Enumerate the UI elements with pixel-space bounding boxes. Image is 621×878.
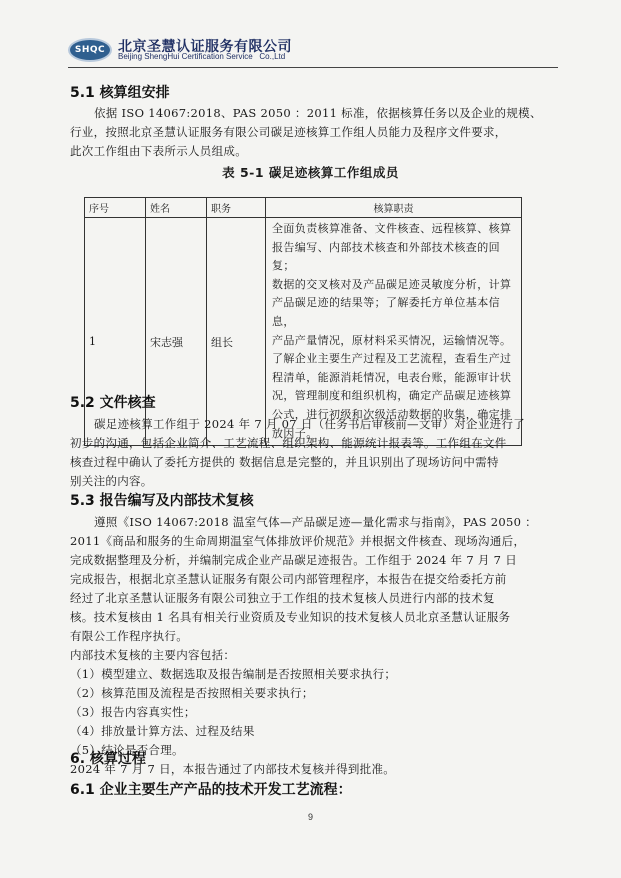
cell-role: 组长 (207, 218, 266, 446)
table-header-row: 序号 姓名 职务 核算职责 (85, 198, 522, 218)
paragraph-line: 完成报告，根据北京圣慧认证服务有限公司内部管理程序，本报告在提交给委托方前 (70, 570, 560, 589)
cell-duty: 全面负责核算准备、文件核查、远程核算、核算 报告编写、内部技术核查和外部技术核查… (266, 218, 522, 446)
header-divider (68, 67, 558, 68)
duty-line: 产品产量情况，原材料采买情况，运输情况等。 (272, 332, 517, 351)
list-item: （3）报告内容真实性； (70, 703, 560, 722)
company-name-en: Beijing ShengHui Certification Service C… (118, 52, 285, 61)
paragraph-line: 依据 ISO 14067:2018、PAS 2050 ：2011 标准，依据核算… (70, 104, 560, 123)
paragraph-line: 行业，按照北京圣慧认证服务有限公司碳足迹核算工作组人员能力及程序文件要求， (70, 123, 560, 142)
paragraph-line: 2011《商品和服务的生命周期温室气体排放评价规范》并根据文件核查、现场沟通后， (70, 532, 560, 551)
paragraph-line: 此次工作组由下表所示人员组成。 (70, 142, 560, 161)
paragraph-line: 遵照《ISO 14067:2018 温室气体—产品碳足迹—量化需求与指南》，PA… (70, 513, 560, 532)
list-item: （4）排放量计算方法、过程及结果 (70, 722, 560, 741)
duty-line: 报告编写、内部技术核查和外部技术核查的回复； (272, 239, 517, 276)
paragraph-line: 有限公工作程序执行。 (70, 627, 560, 646)
column-header-duty: 核算职责 (266, 198, 522, 218)
duty-line: 数据的交叉核对及产品碳足迹灵敏度分析，计算 (272, 276, 517, 295)
column-header-no: 序号 (85, 198, 146, 218)
section-5-2-title: 5.2 文件核查 (70, 392, 156, 412)
duty-line: 况，管理制度和组织机构，确定产品碳足迹核算 (272, 387, 517, 406)
list-item: （2）核算范围及流程是否按照相关要求执行； (70, 684, 560, 703)
list-intro: 内部技术复核的主要内容包括： (70, 646, 560, 665)
section-5-1-title: 5.1 核算组安排 (70, 82, 170, 102)
duty-line: 产品碳足迹的结果等；了解委托方单位基本信息， (272, 294, 517, 331)
section-5-3-title: 5.3 报告编写及内部技术复核 (70, 490, 254, 510)
section-6-1-title: 6.1 企业主要生产产品的技术开发工艺流程： (70, 779, 352, 799)
column-header-name: 姓名 (146, 198, 207, 218)
paragraph-line: 别关注的内容。 (70, 472, 560, 491)
column-header-role: 职务 (207, 198, 266, 218)
paragraph-line: 经过了北京圣慧认证服务有限公司独立于工作组的技术复核人员进行内部的技术复 (70, 589, 560, 608)
duty-line: 了解企业主要生产过程及工艺流程，查看生产过 (272, 350, 517, 369)
letterhead: SHQC 北京圣慧认证服务有限公司 Beijing ShengHui Certi… (68, 36, 558, 66)
list-item: （1）模型建立、数据选取及报告编制是否按照相关要求执行； (70, 665, 560, 684)
page-number: 9 (0, 812, 621, 822)
paragraph-line: 完成数据整理及分析，并编制完成企业产品碳足迹报告。工作组于 2024 年 7 月… (70, 551, 560, 570)
duty-line: 全面负责核算准备、文件核查、远程核算、核算 (272, 220, 517, 239)
table-caption: 表 5-1 碳足迹核算工作组成员 (0, 163, 621, 181)
duty-line: 程清单，能源消耗情况，电表台账，能源审计状 (272, 369, 517, 388)
section-6-title: 6. 核算过程 (70, 748, 146, 768)
paragraph-line: 核查过程中确认了委托方提供的 数据信息是完整的，并且识别出了现场访问中需特 (70, 453, 560, 472)
company-logo-icon: SHQC (68, 38, 112, 62)
paragraph-line: 碳足迹核算工作组于 2024 年 7 月 07 日（任务书后审核前—文审）对企业… (70, 415, 560, 434)
document-page: SHQC 北京圣慧认证服务有限公司 Beijing ShengHui Certi… (0, 0, 621, 878)
section-5-3-paragraph: 遵照《ISO 14067:2018 温室气体—产品碳足迹—量化需求与指南》，PA… (70, 513, 560, 779)
paragraph-line: 初步的沟通，包括企业简介、工艺流程、组织架构、能源统计报表等。工作组在文件 (70, 434, 560, 453)
section-5-2-paragraph: 碳足迹核算工作组于 2024 年 7 月 07 日（任务书后审核前—文审）对企业… (70, 415, 560, 491)
paragraph-line: 核。技术复核由 1 名具有相关行业资质及专业知识的技术复核人员北京圣慧认证服务 (70, 608, 560, 627)
section-5-1-paragraph: 依据 ISO 14067:2018、PAS 2050 ：2011 标准，依据核算… (70, 104, 560, 161)
